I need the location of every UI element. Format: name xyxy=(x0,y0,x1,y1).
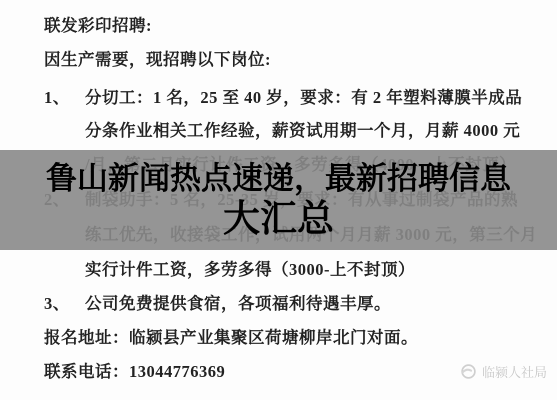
job-item-1-number: 1、 xyxy=(44,84,85,108)
publisher-logo-icon xyxy=(460,363,477,380)
job-item-1-continuation-1: 分条作业相关工作经验，薪资试用期一个月，月薪 4000 元 xyxy=(85,117,520,141)
job-item-3-number: 3、 xyxy=(44,290,85,314)
headline-title-line1: 鲁山新闻热点速递，最新招聘信息 xyxy=(46,160,511,198)
job-item-3: 3、公司免费提供食宿，各项福利待遇丰厚。 xyxy=(44,290,391,314)
signup-address: 报名地址：临颍县产业集聚区荷塘柳岸北门对面。 xyxy=(44,324,418,348)
publisher-watermark-label: 临颍人社局 xyxy=(482,362,547,381)
job-item-2-continuation-2: 实行计件工资，多劳多得（3000-上不封顶） xyxy=(85,256,415,280)
headline-title-line2: 大汇总 xyxy=(223,198,334,240)
notice-intro: 因生产需要，现招聘以下岗位: xyxy=(44,46,271,70)
headline-overlay: 鲁山新闻热点速递，最新招聘信息 大汇总 xyxy=(0,150,557,250)
contact-phone: 联系电话：13044776369 xyxy=(44,358,225,382)
publisher-watermark: 临颍人社局 xyxy=(460,362,547,381)
recruitment-notice-page: 联发彩印招聘: 因生产需要，现招聘以下岗位: 1、分切工：1 名，25 至 40… xyxy=(0,0,557,400)
job-item-1: 1、分切工：1 名，25 至 40 岁，要求：有 2 年塑料薄膜半成品 xyxy=(44,84,522,108)
job-item-1-text: 分切工：1 名，25 至 40 岁，要求：有 2 年塑料薄膜半成品 xyxy=(85,88,522,107)
job-item-3-text: 公司免费提供食宿，各项福利待遇丰厚。 xyxy=(85,294,391,313)
notice-title: 联发彩印招聘: xyxy=(44,12,152,36)
